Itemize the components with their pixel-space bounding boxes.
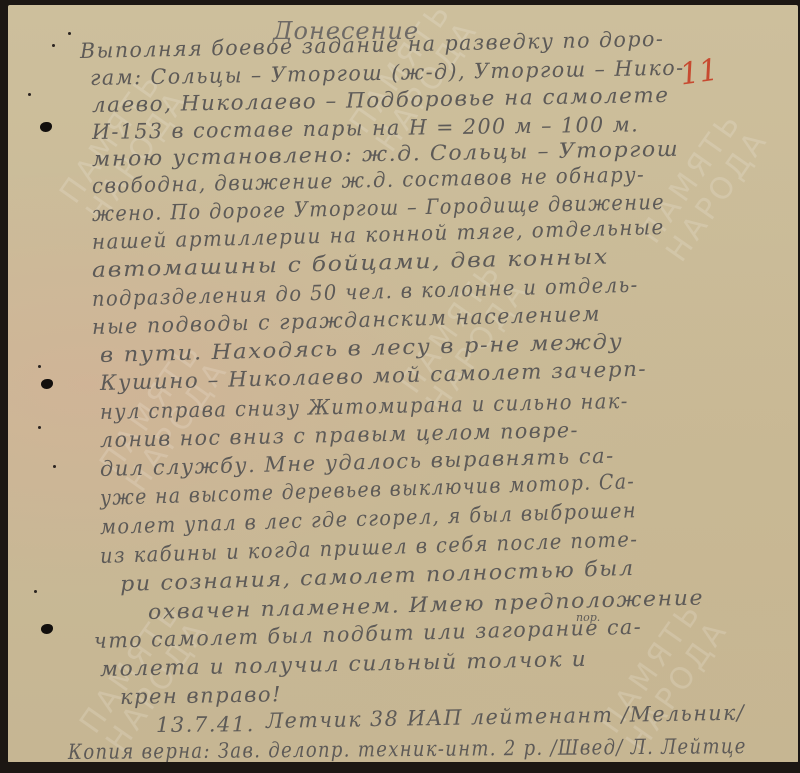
- punch-hole: [40, 122, 52, 132]
- watermark: ПАМЯТЬ НАРОДА: [635, 106, 774, 267]
- scan-frame-bottom: [0, 762, 800, 773]
- paper-speck: [53, 465, 56, 468]
- paper-speck: [28, 93, 31, 96]
- text-line: молета и получил сильный толчок и: [100, 647, 588, 681]
- punch-hole: [41, 379, 53, 389]
- scan-frame-left: [0, 0, 8, 773]
- paper-speck: [38, 426, 41, 429]
- paper-speck: [38, 365, 41, 368]
- punch-hole: [41, 624, 53, 634]
- insertion-mark: пор.: [576, 611, 600, 624]
- document-date: 13.7.41.: [156, 712, 255, 737]
- document-page: ПАМЯТЬ НАРОДА ПАМЯТЬ НАРОДА ПАМЯТЬ НАРОД…: [8, 5, 798, 763]
- paper-speck: [34, 590, 37, 593]
- copy-certification: Копия верна: Зав. делопр. техник-инт. 2 …: [68, 734, 747, 764]
- paper-speck: [52, 44, 55, 47]
- signature-line: Летчик 38 ИАП лейтенант /Мельник/: [266, 701, 746, 733]
- text-line: крен вправо!: [120, 682, 282, 709]
- paper-speck: [68, 32, 71, 35]
